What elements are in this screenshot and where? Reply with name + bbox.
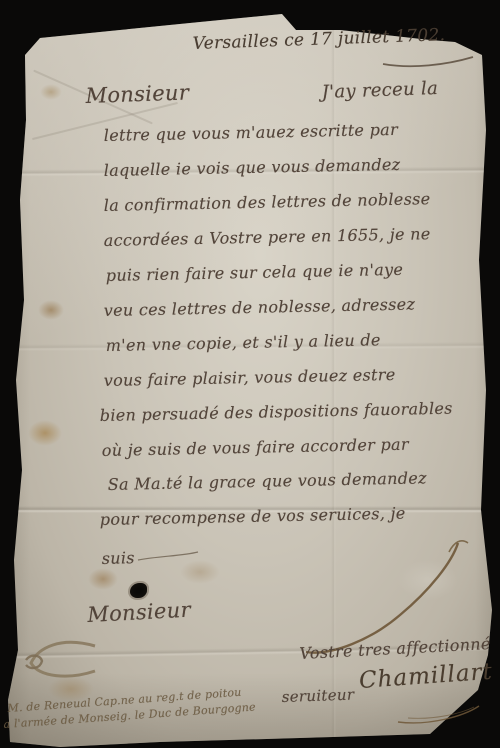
ink-stain: [180, 560, 220, 584]
ink-stain: [28, 420, 62, 446]
valediction-line-2: seruiteur: [281, 685, 354, 706]
ink-stain: [40, 84, 62, 100]
photo-stage: Versailles ce 17 juillet 1702. Monsieur …: [0, 0, 500, 748]
opening-phrase: J'ay receu la: [321, 78, 438, 103]
paper-fold-highlight: [398, 560, 458, 600]
ink-stain: [38, 300, 64, 320]
ink-stain: [88, 568, 118, 590]
salutation: Monsieur: [85, 80, 189, 108]
closing-word: suis: [102, 548, 136, 568]
paper-hole: [130, 583, 147, 598]
